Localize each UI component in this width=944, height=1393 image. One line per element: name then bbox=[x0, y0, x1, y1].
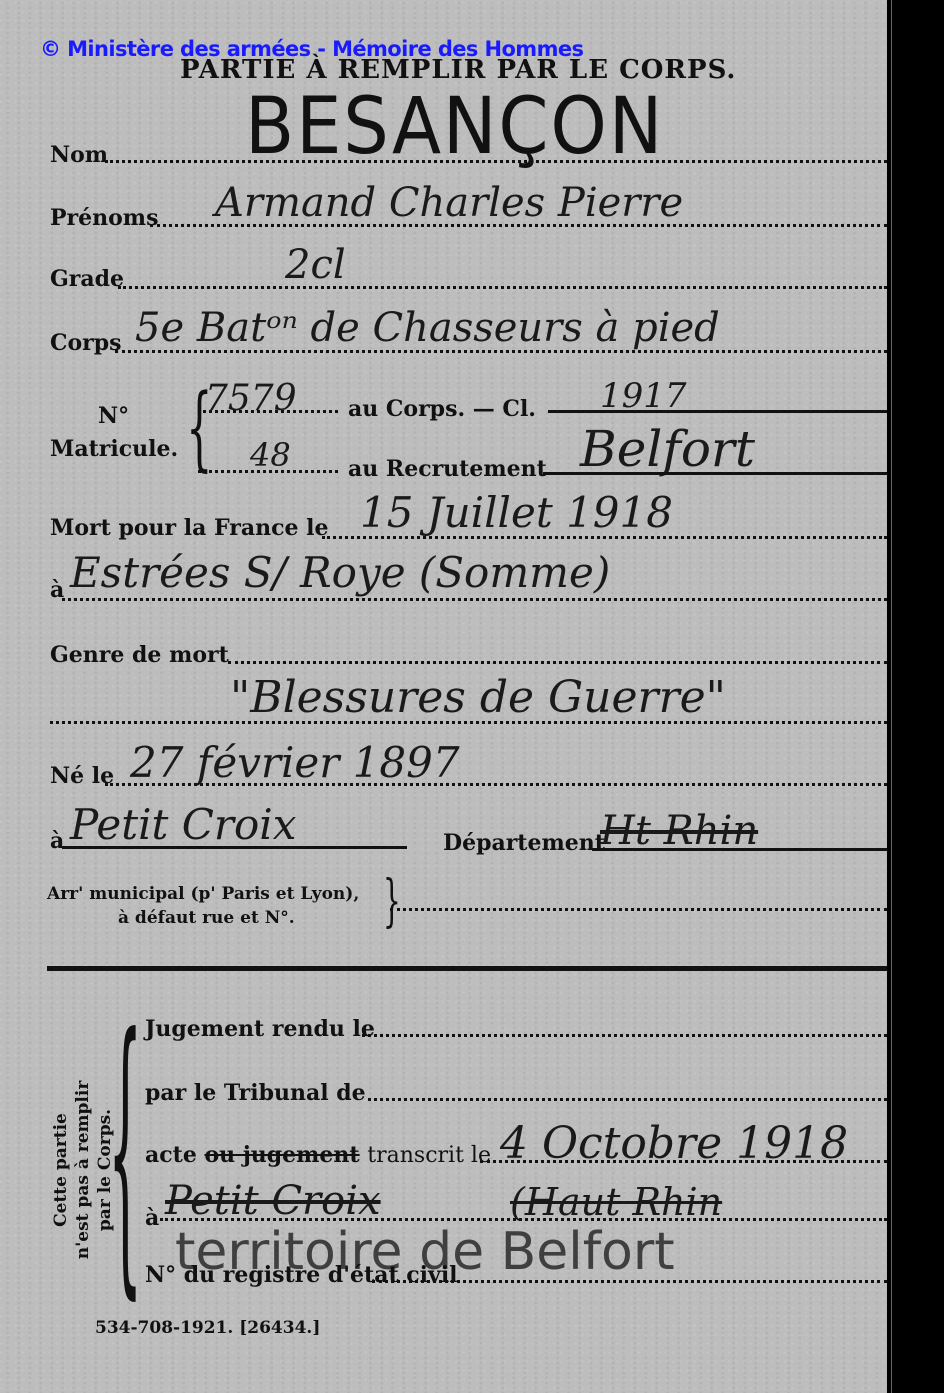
jugement-rendu-line bbox=[362, 1034, 887, 1037]
scan-edge bbox=[891, 0, 892, 1393]
registre-line bbox=[372, 1280, 887, 1283]
recrutement-line bbox=[543, 472, 887, 475]
prenoms-label: Prénoms bbox=[50, 205, 158, 231]
corps-label: Corps bbox=[50, 330, 122, 356]
registre-label: N° du registre d'état civil bbox=[145, 1262, 458, 1288]
genre-de-mort-value: "Blessures de Guerre" bbox=[230, 672, 726, 723]
acte-label: acte ou jugement transcrit le bbox=[145, 1142, 491, 1168]
matricule-recrutement-value: 48 bbox=[250, 436, 291, 474]
side-note-line-1: Cette partie bbox=[50, 1081, 72, 1260]
death-record-card: © Ministère des armées - Mémoire des Hom… bbox=[0, 0, 887, 1393]
acte-word: acte bbox=[145, 1142, 197, 1168]
arr-municipal-label-2: à défaut rue et N°. bbox=[118, 908, 295, 928]
lieu-naissance-label: à bbox=[50, 828, 64, 854]
genre-de-mort-line-1 bbox=[228, 661, 887, 664]
au-corps-label: au Corps. — Cl. bbox=[348, 396, 536, 422]
au-recrutement-label: au Recrutement bbox=[348, 456, 547, 482]
nom-label: Nom bbox=[50, 142, 108, 168]
grade-line bbox=[118, 286, 887, 289]
form-reference: 534-708-1921. [26434.] bbox=[95, 1318, 320, 1338]
prenoms-value: Armand Charles Pierre bbox=[215, 180, 683, 226]
recrutement-value: Belfort bbox=[580, 420, 755, 478]
matricule-no-label: N° bbox=[98, 403, 129, 429]
tribunal-label: par le Tribunal de bbox=[145, 1080, 366, 1106]
transcrit-a-label: à bbox=[145, 1205, 159, 1231]
section-divider bbox=[47, 966, 887, 971]
date-deces-value: 15 Juillet 1918 bbox=[360, 488, 673, 537]
prenoms-line bbox=[150, 224, 887, 227]
transcrit-lieu-line bbox=[160, 1218, 887, 1221]
lieu-deces-line bbox=[62, 598, 887, 601]
matricule-label: Matricule. bbox=[50, 436, 178, 462]
mort-label: Mort pour la France le bbox=[50, 515, 329, 541]
lieu-naissance-value: Petit Croix bbox=[70, 800, 296, 849]
date-naissance-value: 27 février 1897 bbox=[130, 738, 460, 787]
corps-value: 5e Batᵒⁿ de Chasseurs à pied bbox=[135, 305, 720, 351]
lieu-deces-value: Estrées S/ Roye (Somme) bbox=[70, 548, 610, 597]
genre-de-mort-label: Genre de mort bbox=[50, 642, 229, 668]
corps-line bbox=[115, 350, 887, 353]
mort-line bbox=[322, 536, 887, 539]
jugement-rendu-label: Jugement rendu le bbox=[145, 1016, 375, 1042]
genre-de-mort-line-2 bbox=[50, 721, 887, 724]
nom-line bbox=[105, 160, 887, 163]
lieu-naissance-line bbox=[62, 846, 407, 849]
arr-municipal-label-1: Arr' municipal (p' Paris et Lyon), bbox=[47, 884, 359, 904]
arr-municipal-brace: { bbox=[383, 876, 401, 932]
transcrit-line bbox=[480, 1160, 887, 1163]
surname-value: BESANÇON bbox=[245, 82, 664, 172]
tribunal-line bbox=[368, 1098, 887, 1101]
arr-municipal-line bbox=[390, 908, 887, 911]
transcrit-le-label: transcrit le bbox=[367, 1143, 491, 1168]
departement-label: Département bbox=[443, 830, 605, 856]
copyright-watermark: © Ministère des armées - Mémoire des Hom… bbox=[40, 37, 583, 61]
matricule-corps-line bbox=[198, 410, 338, 413]
departement-line bbox=[592, 848, 887, 851]
lower-section-brace: { bbox=[108, 1000, 142, 1300]
grade-label: Grade bbox=[50, 266, 124, 292]
matricule-recrutement-line bbox=[198, 470, 338, 473]
ou-jugement-struck: ou jugement bbox=[204, 1142, 359, 1168]
ne-le-line bbox=[105, 783, 887, 786]
side-note-line-2: n'est pas à remplir bbox=[72, 1081, 94, 1260]
classe-line bbox=[548, 410, 887, 413]
grade-value: 2cl bbox=[285, 242, 346, 288]
